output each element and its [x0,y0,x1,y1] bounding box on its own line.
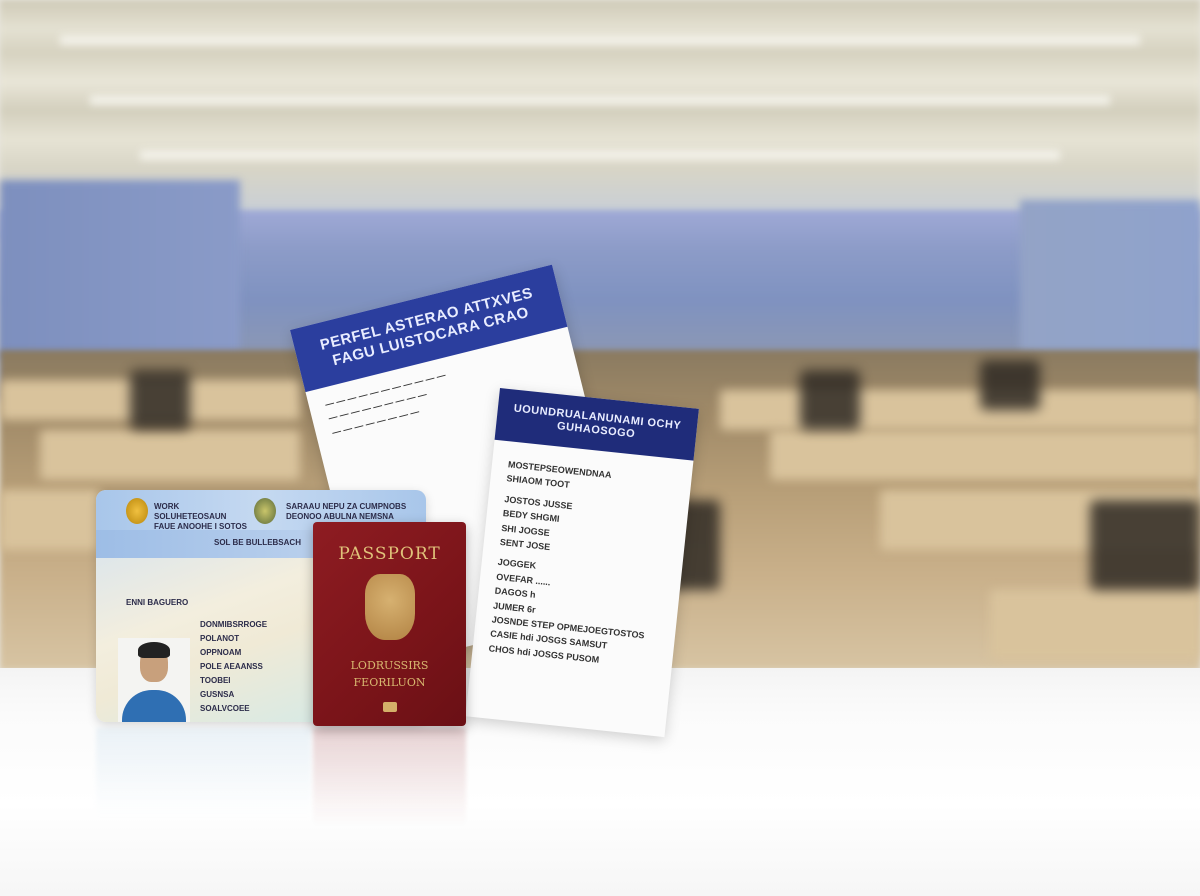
id-field: SOALVCOEE [200,704,250,714]
ceiling-light [60,35,1140,45]
passport-reflection [313,728,466,828]
biometric-chip-icon [383,702,397,712]
id-photo [118,638,190,722]
blurred-desk [770,430,1200,480]
blurred-chair [800,370,860,430]
id-field: POLANOT [200,634,239,644]
blurred-desk [720,390,1200,430]
id-field: ENNI BAGUERO [126,598,188,608]
blurred-desk [990,590,1200,660]
id-field: POLE AEAANSS [200,662,263,672]
id-field: GUSNSA [200,690,234,700]
emblem-icon [126,498,148,524]
classroom-scene: PERFEL ASTERAO ATTXVES FAGU LUISTOCARA C… [0,0,1200,896]
ceiling-light [90,95,1110,105]
passport-title: PASSPORT [313,544,466,564]
id-header-right: SARAAU NEPU ZA CUMPNOBS DEONOO ABULNA NE… [286,502,416,522]
id-header-left: WORK SOLUHETEOSAUN FAUE ANOOHE I SOTOS [154,502,249,532]
passport-subtitle: LODRUSSIRS FEORILUON [313,658,466,691]
national-emblem-icon [365,574,415,640]
id-field: OPPNOAM [200,648,241,658]
blurred-desk [40,430,300,480]
passport: PASSPORT LODRUSSIRS FEORILUON [313,522,466,726]
id-field: DONMIBSRROGE [200,620,267,630]
passport-subtitle-line: FEORILUON [313,675,466,692]
blurred-chair [980,360,1040,410]
id-card-reflection [96,728,311,818]
blurred-chair [130,370,190,430]
application-form-right: UOUNDRUALANUNAMI OCHY GUHAOSOGO MOSTEPSE… [466,388,699,737]
id-band-text: SOL BE BULLEBSACH [214,538,301,548]
blurred-desk [0,490,100,550]
passport-subtitle-line: LODRUSSIRS [313,658,466,675]
blurred-chair [1090,500,1200,590]
ceiling-light [140,150,1060,160]
seal-icon [254,498,276,524]
id-field: TOOBEI [200,676,231,686]
